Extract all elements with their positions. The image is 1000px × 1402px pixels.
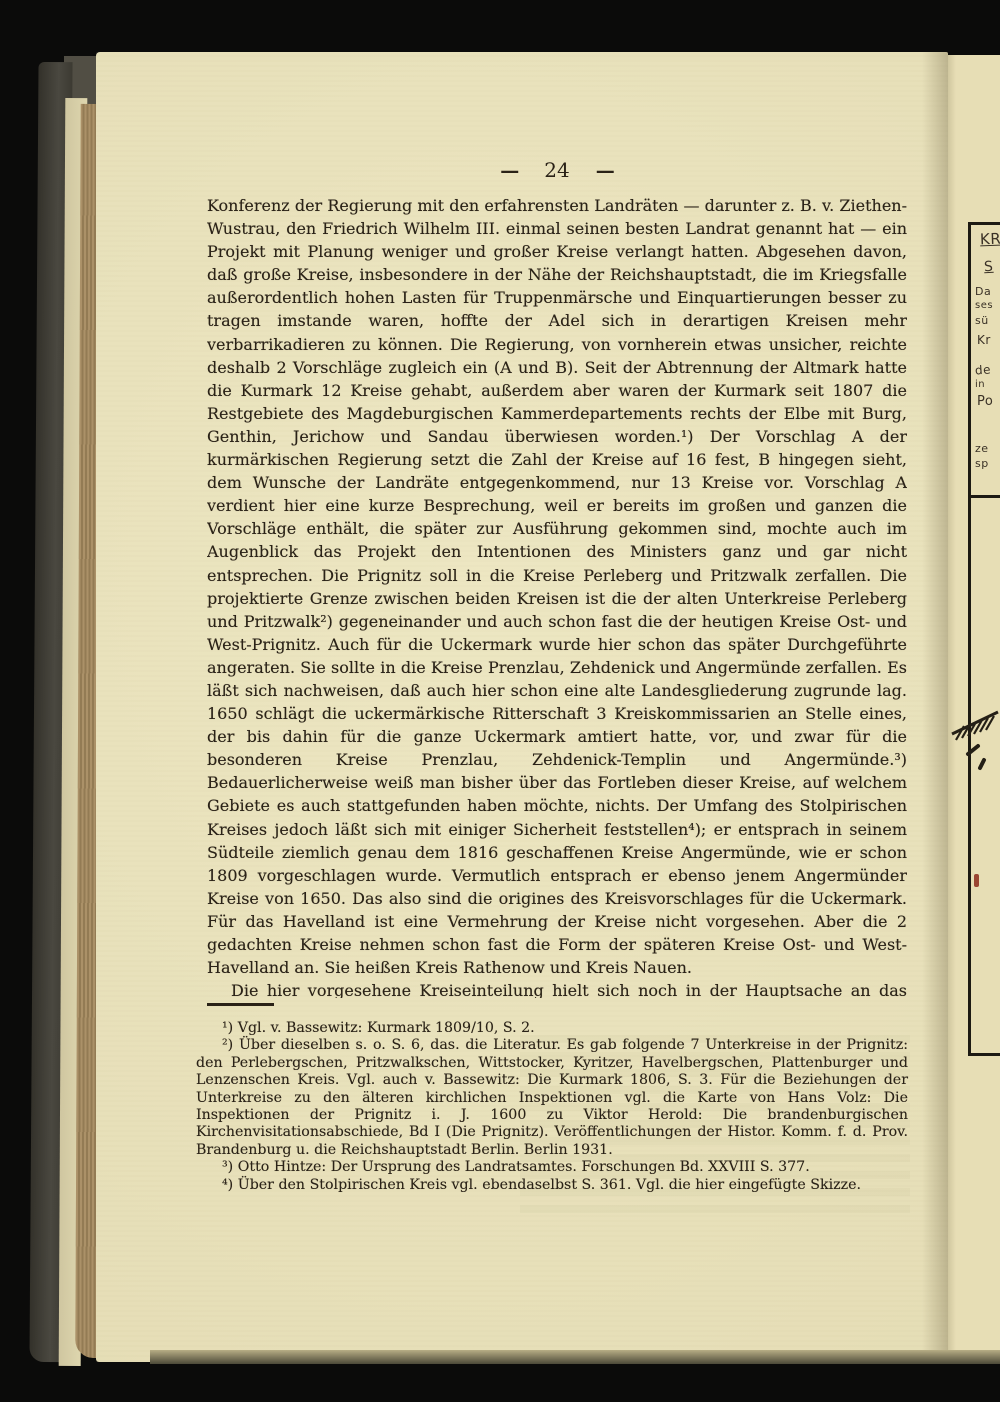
page-number-dash-right: —: [596, 160, 614, 182]
footnote: ¹) Vgl. v. Bassewitz: Kurmark 1809/10, S…: [196, 1020, 908, 1037]
sketch-frame-divider: [968, 495, 1000, 498]
footnote-divider: [207, 1003, 274, 1006]
sketch-text-fragment: Po: [977, 394, 993, 409]
book-bottom-edge: [150, 1350, 1000, 1364]
sketch-text-fragment: ses: [975, 300, 993, 311]
footnote: ⁴) Über den Stolpirischen Kreis vgl. ebe…: [196, 1177, 908, 1194]
body-text: Konferenz der Regierung mit den erfahren…: [207, 194, 907, 998]
sketch-text-fragment: Kr: [977, 333, 991, 347]
page-number-dash-left: —: [500, 160, 518, 182]
body-paragraph: Konferenz der Regierung mit den erfahren…: [207, 194, 907, 979]
footnote: ²) Über dieselben s. o. S. 6, das. die L…: [196, 1037, 908, 1159]
sketch-map-frame: [968, 222, 1000, 1056]
body-paragraph: Die hier vorgesehene Kreiseinteilung hie…: [207, 979, 907, 998]
sketch-text-fragment: S: [984, 259, 994, 275]
red-ink-mark: [974, 874, 979, 887]
sketch-text-fragment: in: [975, 379, 985, 390]
sketch-text-fragment: sp: [975, 457, 989, 470]
footnotes: ¹) Vgl. v. Bassewitz: Kurmark 1809/10, S…: [196, 1020, 908, 1194]
sketch-text-fragment: Da: [975, 285, 991, 298]
page-number-value: 24: [544, 158, 569, 182]
sketch-text-fragment: de: [975, 362, 992, 377]
page-number: —24—: [207, 158, 907, 182]
sketch-text-fragment: ze: [975, 442, 989, 455]
footnote: ³) Otto Hintze: Der Ursprung des Landrat…: [196, 1159, 908, 1176]
sketch-hatched-boundary-icon: [950, 696, 1000, 811]
sketch-text-fragment: KR: [980, 230, 1000, 249]
scanned-book-page: KR S Da ses sü Kr de in Po ze sp —24— Ko…: [0, 0, 1000, 1402]
sketch-text-fragment: sü: [975, 314, 989, 327]
